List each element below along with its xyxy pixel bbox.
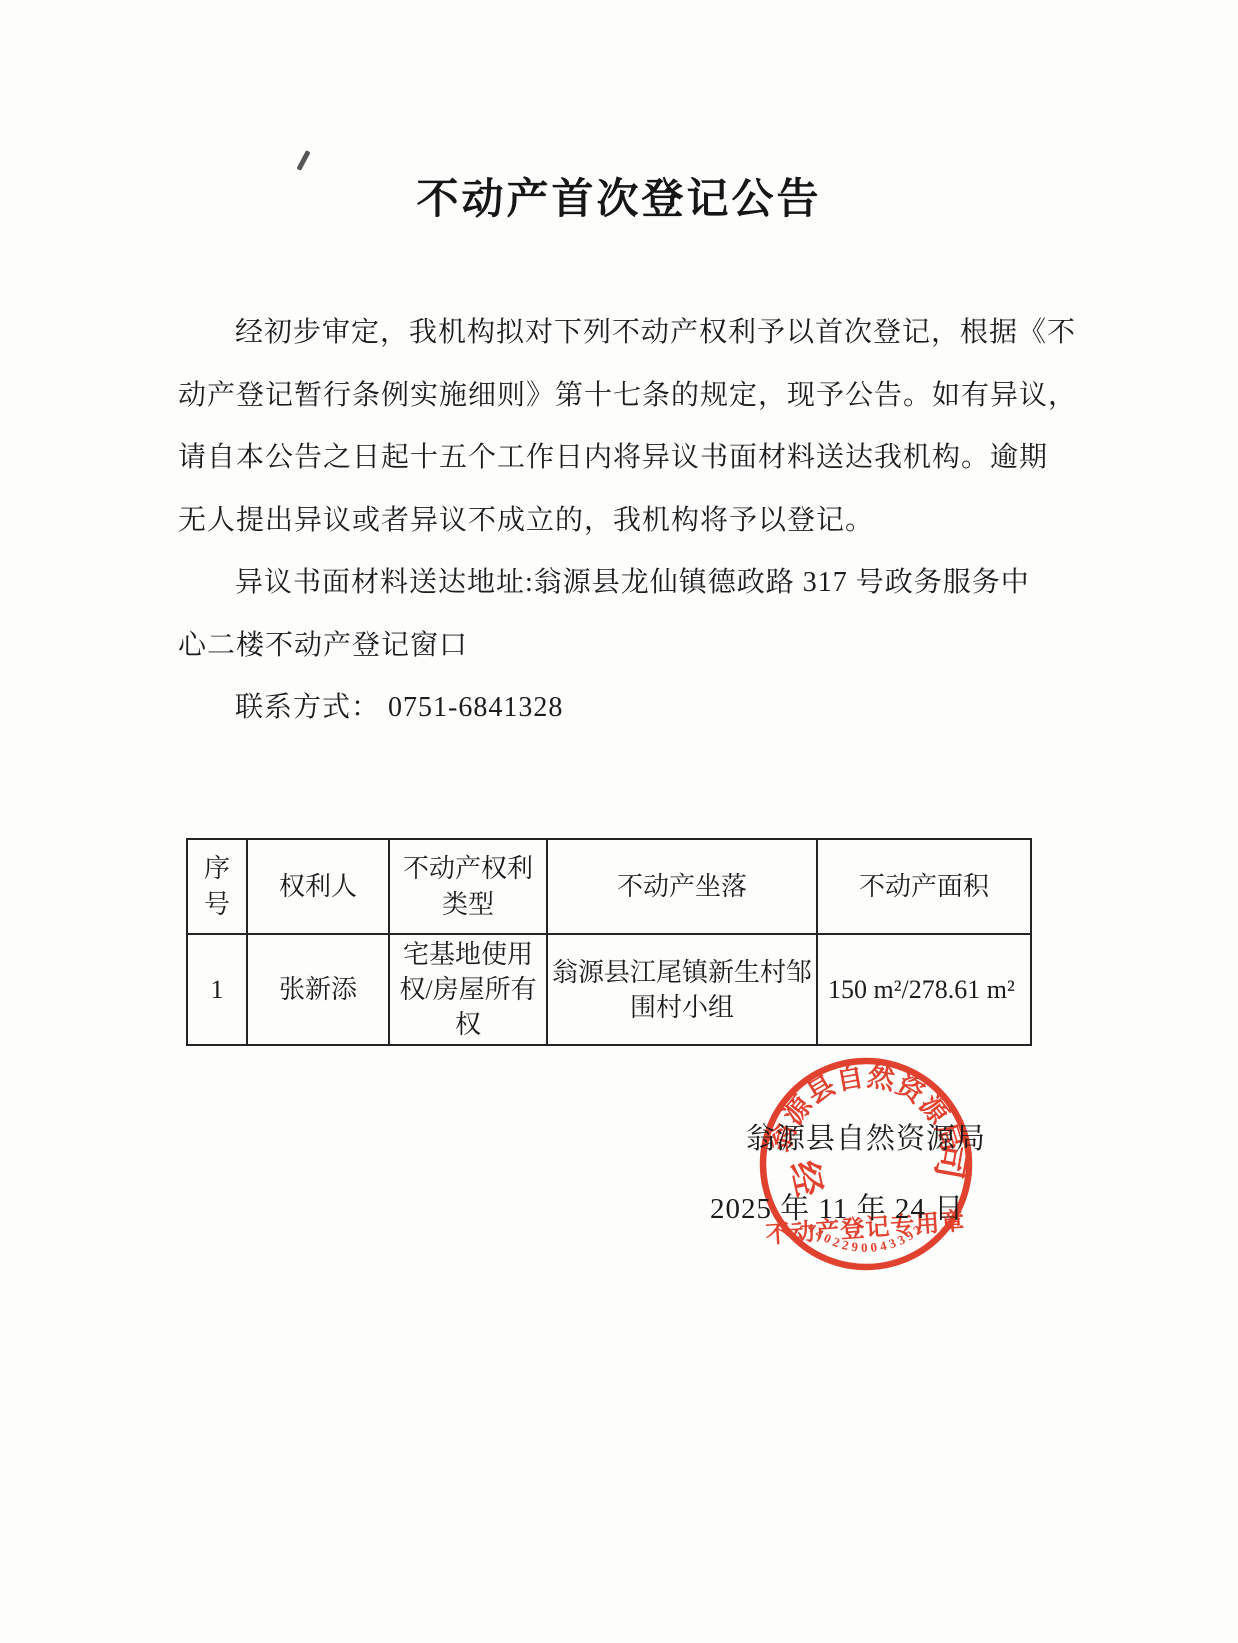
body-line: 心二楼不动产登记窗口: [178, 615, 1023, 678]
body-line: 经初步审定，我机构拟对下列不动产权利予以首次登记，根据《不: [178, 302, 1023, 365]
body-line contact-line: 联系方式： 0751-6841328: [178, 677, 1023, 740]
table-header-row: 序号 权利人 不动产权利类型 不动产坐落 不动产面积: [187, 839, 1031, 934]
header-seq: 序号: [187, 839, 247, 934]
body-line: 异议书面材料送达地址:翁源县龙仙镇德政路 317 号政务服务中: [178, 552, 1023, 615]
cell-area: 150 m²/278.61 m²: [817, 934, 1031, 1045]
official-seal-stamp: 翁源县自然资源局 不动产登记专用章 4402290043392 经 司: [744, 1042, 988, 1290]
header-owner: 权利人: [247, 839, 389, 934]
page-title: 不动产首次登记公告: [0, 166, 1238, 226]
header-type: 不动产权利类型: [389, 839, 547, 934]
cell-loc: 翁源县江尾镇新生村邹围村小组: [547, 934, 817, 1045]
cell-owner: 张新添: [247, 934, 389, 1045]
signature-date: 2025 年 11 年 24 日: [710, 1186, 964, 1227]
header-loc: 不动产坐落: [547, 839, 817, 934]
document-page: 不动产首次登记公告 经初步审定，我机构拟对下列不动产权利予以首次登记，根据《不 …: [0, 0, 1238, 1643]
body-line: 请自本公告之日起十五个工作日内将异议书面材料送达我机构。逾期: [178, 427, 1023, 490]
body-text: 经初步审定，我机构拟对下列不动产权利予以首次登记，根据《不 动产登记暂行条例实施…: [178, 302, 1023, 740]
signature-org: 翁源县自然资源局: [746, 1116, 986, 1157]
registration-table: 序号 权利人 不动产权利类型 不动产坐落 不动产面积 1 张新添 宅基地使用权/…: [186, 838, 1032, 1046]
body-line: 动产登记暂行条例实施细则》第十七条的规定，现予公告。如有异议，: [178, 365, 1023, 428]
table-row: 1 张新添 宅基地使用权/房屋所有权 翁源县江尾镇新生村邹围村小组 150 m²…: [187, 934, 1031, 1045]
cell-type: 宅基地使用权/房屋所有权: [389, 934, 547, 1045]
body-line: 无人提出异议或者异议不成立的，我机构将予以登记。: [178, 490, 1023, 553]
cell-seq: 1: [187, 934, 247, 1045]
header-area: 不动产面积: [817, 839, 1031, 934]
